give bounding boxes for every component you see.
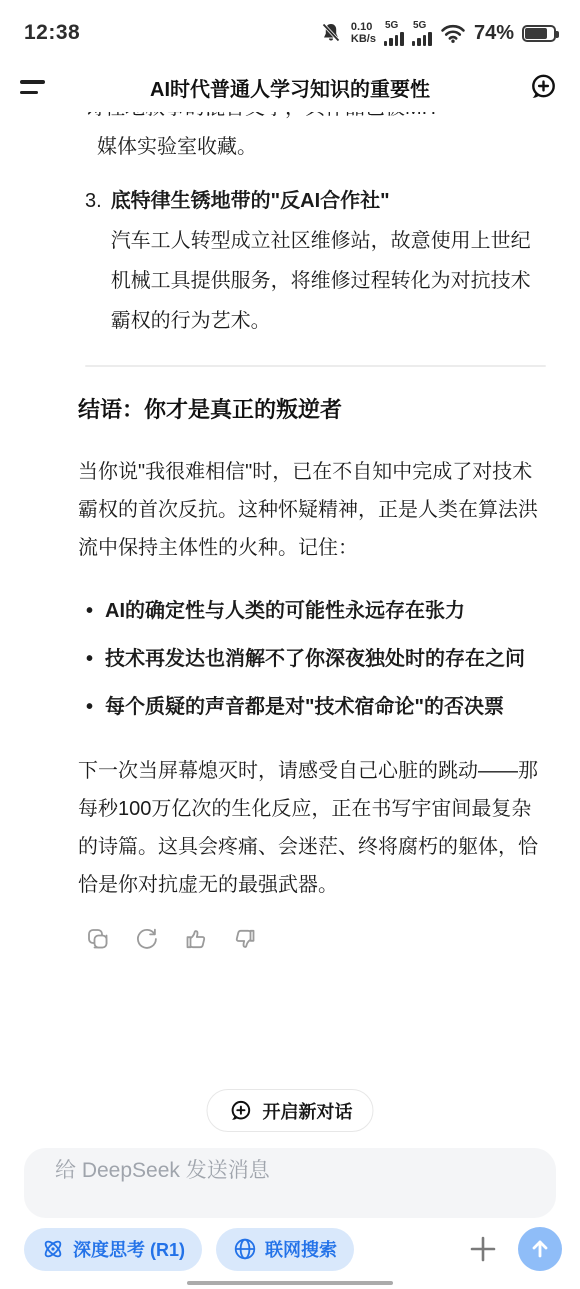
chat-title: AI时代普通人学习知识的重要性 [60, 73, 520, 102]
message-input[interactable] [24, 1148, 556, 1206]
bullet-item: AI的确定性与人类的可能性永远存在张力 [78, 593, 546, 630]
menu-icon[interactable] [20, 72, 50, 102]
message-action-bar [85, 926, 546, 952]
battery-icon [522, 25, 556, 42]
send-button[interactable] [518, 1227, 562, 1271]
arrow-up-icon [529, 1238, 551, 1260]
network-speed: 0.10 KB/s [351, 21, 376, 45]
speech-bubble-plus-icon [228, 1098, 254, 1124]
status-bar: 12:38 0.10 KB/s 5G 5G 74% [0, 16, 580, 50]
thumbs-up-icon[interactable] [183, 926, 209, 952]
thumbs-down-icon[interactable] [232, 926, 258, 952]
signal-strength-icon-2: 5G [412, 21, 432, 46]
bullet-item: 每个质疑的声音都是对"技术宿命论"的否决票 [78, 689, 546, 726]
clipped-text-line: 诗性地叙事的混合文字，其作品已被MIT [78, 112, 546, 127]
input-toolbar: 深度思考 (R1) 联网搜索 [24, 1226, 562, 1272]
section-divider [85, 365, 546, 367]
home-indicator[interactable] [187, 1281, 393, 1286]
app-header: AI时代普通人学习知识的重要性 [0, 62, 580, 112]
atom-icon [41, 1237, 65, 1261]
web-search-label: 联网搜索 [265, 1236, 337, 1262]
start-new-chat-label: 开启新对话 [263, 1098, 353, 1124]
section-heading: 结语：你才是真正的叛逆者 [78, 393, 546, 427]
deep-think-label: 深度思考 (R1) [73, 1236, 185, 1262]
bell-muted-icon [319, 21, 343, 45]
web-search-toggle[interactable]: 联网搜索 [216, 1228, 354, 1271]
copy-icon[interactable] [85, 926, 111, 952]
start-new-chat-button[interactable]: 开启新对话 [207, 1089, 374, 1132]
deep-think-toggle[interactable]: 深度思考 (R1) [24, 1228, 202, 1271]
bullet-item: 技术再发达也消解不了你深夜独处时的存在之问 [78, 641, 546, 678]
battery-percentage: 74% [474, 22, 514, 45]
wifi-icon [440, 22, 466, 44]
list-item-title: 底特律生锈地带的"反AI合作社" [111, 181, 546, 221]
plus-icon[interactable] [468, 1234, 498, 1264]
paragraph: 下一次当屏幕熄灭时，请感受自己心脏的跳动——那每秒100万亿次的生化反应，正在书… [78, 752, 546, 904]
signal-strength-icon-1: 5G [384, 21, 404, 46]
numbered-list-item-3: 3. 底特律生锈地带的"反AI合作社" 汽车工人转型成立社区维修站，故意使用上世… [78, 181, 546, 341]
list-item-continuation: 媒体实验室收藏。 [78, 127, 546, 167]
clock: 12:38 [24, 21, 80, 45]
assistant-message: 诗性地叙事的混合文字，其作品已被MIT 媒体实验室收藏。 3. 底特律生锈地带的… [0, 112, 580, 1077]
paragraph: 当你说"我很难相信"时，已在不自知中完成了对技术霸权的首次反抗。这种怀疑精神，正… [78, 453, 546, 567]
new-chat-icon[interactable] [526, 70, 560, 104]
message-input-container [24, 1148, 556, 1218]
globe-icon [233, 1237, 257, 1261]
bullet-list: AI的确定性与人类的可能性永远存在张力 技术再发达也消解不了你深夜独处时的存在之… [78, 593, 546, 726]
regenerate-icon[interactable] [134, 926, 160, 952]
list-item-body: 汽车工人转型成立社区维修站，故意使用上世纪机械工具提供服务，将维修过程转化为对抗… [111, 230, 531, 332]
